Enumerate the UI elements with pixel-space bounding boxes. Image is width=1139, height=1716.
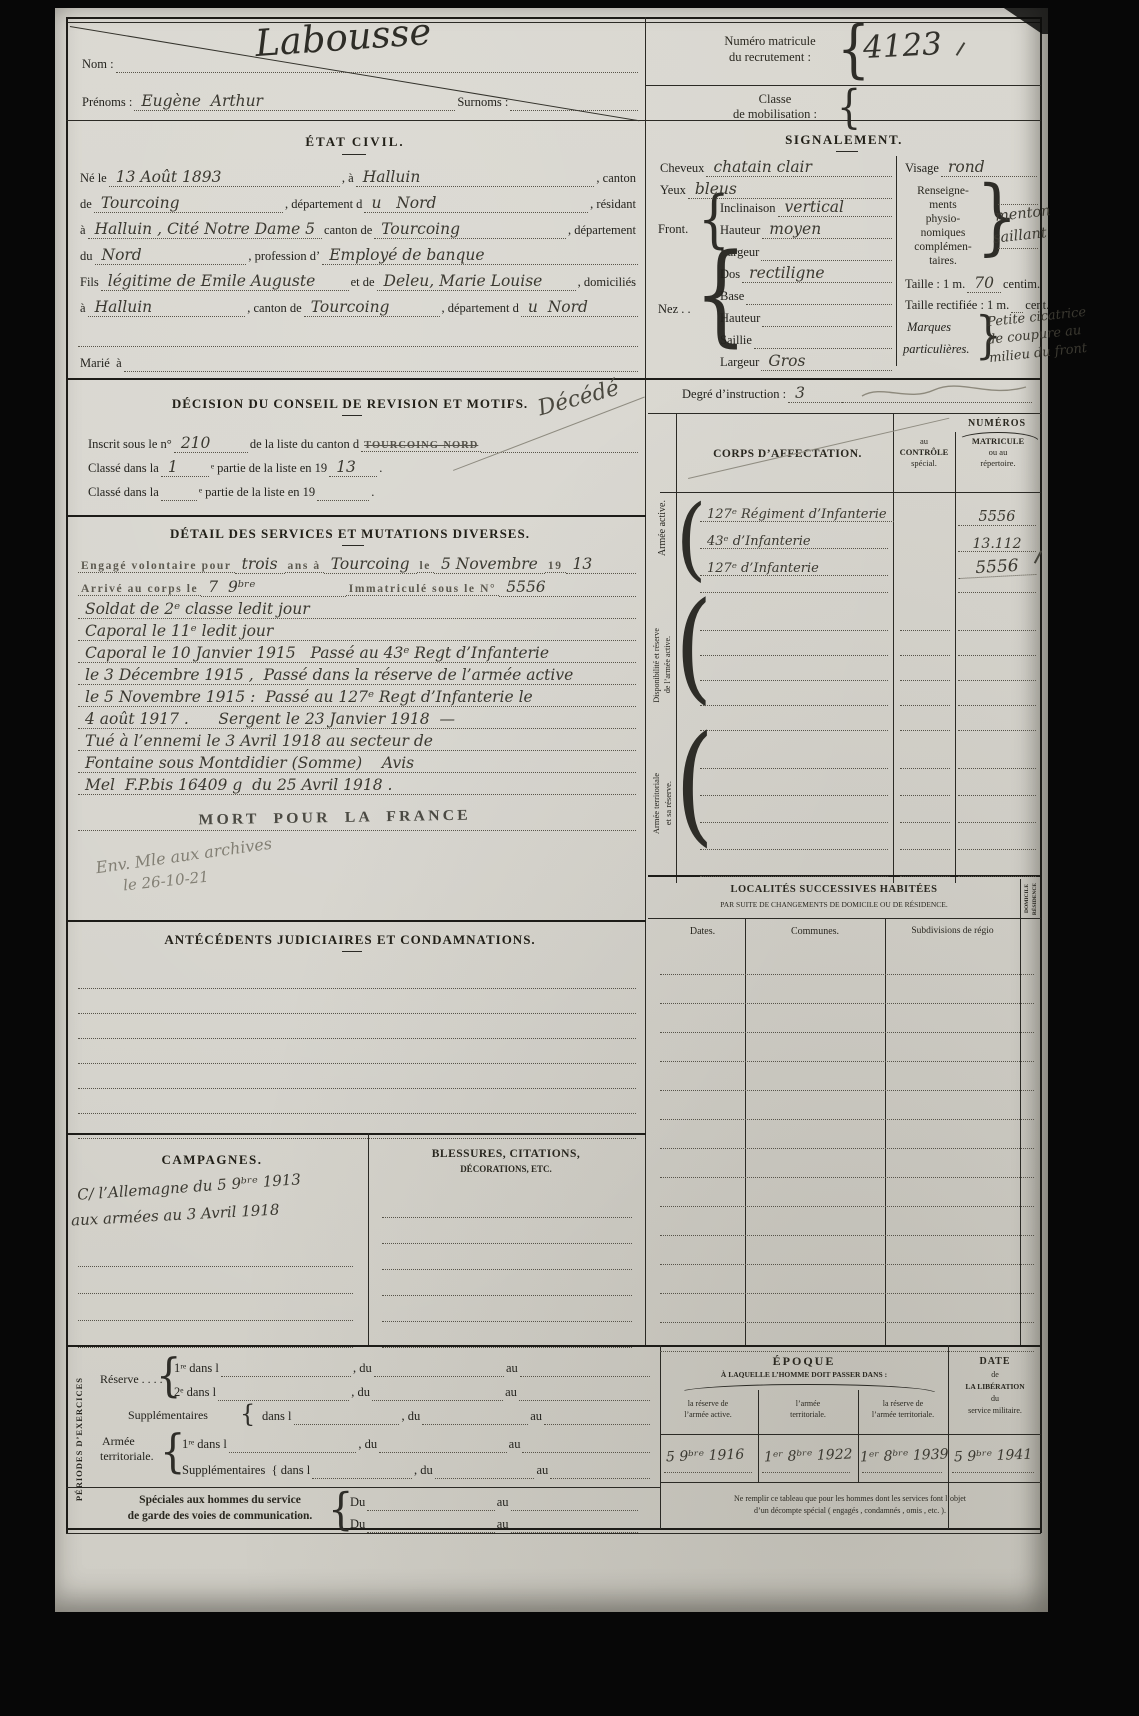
dotted-filler xyxy=(762,310,892,327)
table-line xyxy=(955,432,956,883)
empty-dotted-row xyxy=(900,769,950,796)
nez-hauteur: Hauteur xyxy=(718,310,892,327)
stamped-text: 19 xyxy=(545,560,566,573)
printed-label: à xyxy=(78,301,88,315)
matricule-header: MATRICULE ou au répertoire. xyxy=(957,436,1039,469)
printed-label: Base xyxy=(718,289,746,303)
title-dash xyxy=(342,951,362,952)
matricule-cell: 13.112 xyxy=(958,537,1036,552)
printed-label: au xyxy=(495,1517,511,1531)
epoque-note-1: Ne remplir ce tableau que pour les homme… xyxy=(664,1494,1036,1503)
empty-dotted-row xyxy=(958,656,1036,681)
dotted-filler xyxy=(519,1384,650,1401)
dotted-filler xyxy=(522,1436,650,1453)
rule xyxy=(648,918,1041,919)
stamped-text: Immatriculé sous le N° xyxy=(346,583,499,596)
service-line: Engagé volontaire pourtroisans àTourcoin… xyxy=(78,557,636,574)
empty-dotted-row xyxy=(78,1240,353,1267)
dotted-filler xyxy=(221,1360,351,1377)
localites-subtitle: PAR SUITE DE CHANGEMENTS DE DOMICILE OU … xyxy=(648,900,1020,909)
col-subdivisions: Subdivisions de régio xyxy=(885,926,1020,936)
service-line: Caporal le 11ᵉ ledit jour xyxy=(78,624,636,641)
printed-label: , département d xyxy=(283,197,364,211)
height-line: Taille : 1 m.70centim. xyxy=(903,276,1039,293)
rule xyxy=(66,378,1041,380)
service-line: Mel F.P.bis 16409 g du 25 Avril 1918 . xyxy=(78,778,636,795)
nez-base: Base xyxy=(718,288,892,305)
scanned-document-scene: Nom : Labousse Prénoms :Eugène ArthurSur… xyxy=(0,0,1139,1716)
dotted-filler xyxy=(511,1516,638,1533)
printed-label: au xyxy=(504,1361,520,1375)
printed-label: , du xyxy=(351,1361,374,1375)
printed-label: , du xyxy=(349,1385,372,1399)
group-label-disponibilite: Disponibilité et réserve de l’armée acti… xyxy=(647,600,677,730)
supplementaires-row: dans l , du au xyxy=(260,1408,650,1425)
empty-dotted-row xyxy=(700,742,888,769)
handwritten-value: Tourcoing xyxy=(304,300,440,317)
empty-dotted-row xyxy=(958,796,1036,823)
handwritten-value: Mel F.P.bis 16409 g du 25 Avril 1918 . xyxy=(78,778,636,795)
col-communes: Communes. xyxy=(745,926,885,937)
handwritten-value: rectiligne xyxy=(742,266,892,283)
printed-label: au xyxy=(503,1385,519,1399)
empty-rows xyxy=(900,606,950,731)
matricule-value: 13.112 xyxy=(958,537,1036,552)
campagnes-title: CAMPAGNES. xyxy=(117,1152,307,1168)
epoque-value-1: 5 9ᵇʳᵉ 1916 xyxy=(666,1447,745,1466)
nez-largeur: LargeurGros xyxy=(718,354,892,371)
handwritten-value: 13 xyxy=(566,557,636,574)
printed-label: , département d xyxy=(440,301,521,315)
stamped-text: Arrivé au corps le xyxy=(78,583,201,596)
printed-label: Du xyxy=(348,1495,367,1509)
printed-label: Classé dans la xyxy=(86,485,161,499)
decision-title: DÉCISION DU CONSEIL DE REVISION ET MOTIF… xyxy=(100,396,600,412)
hair-line: Cheveuxchatain clair xyxy=(658,160,892,177)
services-title: DÉTAIL DES SERVICES ET MUTATIONS DIVERSE… xyxy=(95,526,605,542)
empty-dotted-row xyxy=(900,823,950,850)
printed-label: , du xyxy=(356,1437,379,1451)
brace-icon: { xyxy=(240,1402,255,1426)
date-header-1: DATE xyxy=(952,1356,1038,1367)
territoriale-label-1: Armée xyxy=(102,1434,135,1449)
profession: Employé de banque xyxy=(322,248,638,265)
empty-dotted-row xyxy=(958,823,1036,850)
empty-dotted-row xyxy=(660,1062,1034,1091)
printed-label: Largeur xyxy=(718,355,761,369)
empty-rows xyxy=(958,742,1036,877)
empty-dotted-row xyxy=(660,1323,1034,1352)
parents-line: Filslégitime de Emile Augusteet deDeleu,… xyxy=(78,274,638,291)
hair-color: chatain clair xyxy=(706,160,892,177)
signalement-divider xyxy=(896,156,897,366)
birth-line: Né le13 Août 1893, àHalluin, canton xyxy=(78,170,638,187)
list-entry-line: Inscrit sous le n°210de la liste du cant… xyxy=(86,436,638,453)
empty-dotted-row xyxy=(660,1178,1034,1207)
corps-unit: 127ᵉ d’Infanterie xyxy=(700,562,888,576)
printed-label: ᵉ partie de la liste en 19 xyxy=(197,485,317,499)
nez-dos: Dosrectiligne xyxy=(718,266,892,283)
empty-dotted-row xyxy=(382,1322,632,1348)
marques-label-1: Marques xyxy=(907,320,951,335)
printed-label: de la liste du canton d xyxy=(248,437,361,451)
col-dates: Dates. xyxy=(660,926,745,937)
classe-label-1: Classe xyxy=(715,92,835,107)
speciales-label-2: de garde des voies de communication. xyxy=(95,1510,345,1522)
profession-line: duNord, profession d’Employé de banque xyxy=(78,248,638,265)
printed-label: à xyxy=(78,223,88,237)
dotted-filler xyxy=(958,592,1036,593)
birth-date: 13 Août 1893 xyxy=(109,170,340,187)
empty-rows xyxy=(900,742,950,877)
nez-label: Nez . . xyxy=(658,302,691,317)
empty-dotted-row xyxy=(700,681,888,706)
printed-label: . xyxy=(369,485,376,499)
dotted-filler xyxy=(952,1472,1034,1473)
dotted-filler xyxy=(544,1408,650,1425)
printed-label: . xyxy=(377,461,384,475)
printed-label: Dos xyxy=(718,267,742,281)
rule xyxy=(660,492,1041,493)
empty-dotted-row xyxy=(900,742,950,769)
rule xyxy=(66,120,1041,121)
printed-label: , du xyxy=(412,1463,435,1477)
father-name: légitime de Emile Auguste xyxy=(101,274,349,291)
handwritten-value: Halluin , Cité Notre Dame 5 xyxy=(88,222,322,239)
handwritten-value: Soldat de 2ᵉ classe ledit jour xyxy=(78,602,636,619)
printed-label: , domiciliés xyxy=(576,275,638,289)
corps-unit: 127ᵉ Régiment d’Infanterie xyxy=(700,508,894,522)
empty-dotted-row xyxy=(382,1296,632,1322)
printed-label: Saillie xyxy=(718,333,754,347)
empty-dotted-row xyxy=(700,796,888,823)
table-line xyxy=(893,413,894,883)
supplementaires-label: Supplémentaires xyxy=(128,1408,208,1423)
dotted-filler xyxy=(124,355,638,372)
printed-label: , résidant xyxy=(588,197,638,211)
blessures-title-1: BLESSURES, CITATIONS, xyxy=(381,1148,631,1160)
empty-dotted-row xyxy=(700,606,888,631)
epoque-col-3: la réserve del’armée territoriale. xyxy=(860,1398,946,1420)
corps-row: 127ᵉ d’Infanterie xyxy=(700,562,888,576)
bottom-divider xyxy=(660,1345,661,1529)
empty-line xyxy=(78,330,638,347)
stamped-text: le xyxy=(417,560,435,573)
antecedents-title: ANTÉCÉDENTS JUDICIAIRES ET CONDAMNATIONS… xyxy=(95,932,605,948)
renseignements-label: Renseigne- ments physio- nomiques complé… xyxy=(903,184,983,268)
brace-icon: { xyxy=(837,84,861,130)
campagnes-empty-rows xyxy=(78,1240,353,1348)
numeros-header: NUMÉROS xyxy=(953,418,1041,429)
dotted-filler xyxy=(746,288,892,305)
marques-label-2: particulières. xyxy=(903,342,970,357)
immatriculation-number: 5556 xyxy=(499,580,636,597)
empty-dotted-row xyxy=(382,1270,632,1296)
rule xyxy=(66,920,646,922)
printed-label: , canton de xyxy=(245,301,304,315)
matricule-cell: 5556 xyxy=(958,510,1036,526)
rule xyxy=(66,1487,660,1488)
title-dash xyxy=(342,154,366,155)
epoque-col-1: la réserve del’armée active. xyxy=(662,1398,754,1420)
periodes-side-label: PÉRIODES D’EXERCICES xyxy=(68,1352,90,1526)
canton-line: deTourcoing, département du Nord, résida… xyxy=(78,196,638,213)
dotted-filler xyxy=(116,56,638,73)
death-line: Tué à l’ennemi le 3 Avril 1918 au secteu… xyxy=(78,734,636,751)
service-line: 4 août 1917 . Sergent le 23 Janvier 1918… xyxy=(78,712,636,729)
dotted-filler xyxy=(379,1436,507,1453)
printed-label: Né le xyxy=(78,171,109,185)
date-header-2: de xyxy=(952,1370,1038,1379)
rule xyxy=(66,1533,1041,1534)
dotted-filler xyxy=(435,1462,535,1479)
printed-label: Fils xyxy=(78,275,101,289)
handwritten-value: le 3 Décembre 1915 , Passé dans la réser… xyxy=(78,668,636,685)
etat-civil-title: ÉTAT CIVIL. xyxy=(105,134,605,150)
handwritten-value: 5 Novembre xyxy=(434,557,545,574)
printed-label: au xyxy=(534,1463,550,1477)
service-line: le 5 Novembre 1915 : Passé au 127ᵉ Regt … xyxy=(78,690,636,707)
dotted-filler xyxy=(367,1516,494,1533)
empty-dotted-row xyxy=(700,769,888,796)
dotted-filler xyxy=(367,1494,494,1511)
death-record: Tué à l’ennemi le 3 Avril 1918 au secteu… xyxy=(78,734,636,751)
matricule-label-1: Numéro matricule xyxy=(695,34,845,49)
empty-dotted-row xyxy=(660,1294,1034,1323)
rule xyxy=(660,1482,1041,1483)
epoque-col-2: l’arméeterritoriale. xyxy=(762,1398,854,1420)
residence-line: àHalluin , Cité Notre Dame 5canton deTou… xyxy=(78,222,638,239)
empty-dotted-row xyxy=(660,975,1034,1004)
class-line-2: Classé dans la ᵉ partie de la liste en 1… xyxy=(86,484,426,501)
handwritten-value: Fontaine sous Montdidier (Somme) Avis xyxy=(78,756,636,773)
empty-dotted-row xyxy=(700,631,888,656)
printed-label: Prénoms : xyxy=(80,95,134,109)
empty-rows xyxy=(958,606,1036,731)
empty-dotted-row xyxy=(382,1192,632,1218)
dotted-filler xyxy=(294,1408,400,1425)
dotted-filler xyxy=(161,484,197,501)
empty-dotted-row xyxy=(660,1120,1034,1149)
dotted-filler xyxy=(374,1360,504,1377)
domicile-residence-label: DOMICILE RÉSIDENCE xyxy=(1021,879,1041,919)
empty-dotted-row xyxy=(78,1014,636,1039)
empty-dotted-row xyxy=(660,1091,1034,1120)
handwritten-value: 7 9ᵇʳᵉ xyxy=(201,580,346,597)
empty-dotted-row xyxy=(900,656,950,681)
firstnames-line: Prénoms :Eugène ArthurSurnoms : xyxy=(80,94,638,111)
front-inclinaison: Inclinaisonvertical xyxy=(718,200,892,217)
corps-unit: 43ᵉ d’Infanterie xyxy=(700,535,888,549)
classe-label-2: de mobilisation : xyxy=(715,107,835,122)
eyes-line: Yeuxbleus xyxy=(658,182,892,199)
printed-label: du xyxy=(78,249,95,263)
handwritten-value: Tourcoing xyxy=(374,222,566,239)
printed-label: , à xyxy=(340,171,356,185)
printed-label: et de xyxy=(349,275,377,289)
date-header-3: LA LIBÉRATION xyxy=(952,1382,1038,1391)
empty-rows xyxy=(700,606,888,731)
handwritten-value: 13 xyxy=(329,460,377,477)
controle-header: au CONTRÔLE spécial. xyxy=(895,436,953,469)
date-header-5: service militaire. xyxy=(952,1406,1038,1415)
empty-dotted-row xyxy=(78,989,636,1014)
dotted-filler xyxy=(754,332,892,349)
title-dash xyxy=(342,545,364,546)
dotted-filler xyxy=(998,248,1038,249)
printed-label: Cheveux xyxy=(658,161,706,175)
printed-label: Inclinaison xyxy=(718,201,778,215)
matricule-label-2: du recrutement : xyxy=(695,50,845,65)
matricule-number: 4123 xyxy=(862,26,943,66)
empty-dotted-row xyxy=(382,1218,632,1244)
handwritten-value: Halluin xyxy=(88,300,246,317)
handwritten-value: le 5 Novembre 1915 : Passé au 127ᵉ Regt … xyxy=(78,690,636,707)
dotted-filler xyxy=(422,1408,528,1425)
handwritten-value: Tourcoing xyxy=(324,557,417,574)
rule xyxy=(648,413,1041,414)
empty-dotted-row xyxy=(660,1207,1034,1236)
torn-corner-shadow xyxy=(985,8,1048,34)
service-line: Fontaine sous Montdidier (Somme) Avis xyxy=(78,756,636,773)
rule xyxy=(1040,17,1042,1533)
empty-dotted-row xyxy=(660,1033,1034,1062)
printed-label: de xyxy=(78,197,94,211)
epoque-note-2: d’un décompte spécial ( engagés , condam… xyxy=(664,1506,1036,1515)
handwritten-value: Gros xyxy=(761,354,892,371)
empty-dotted-row xyxy=(660,1236,1034,1265)
dotted-filler xyxy=(550,1462,650,1479)
dotted-filler xyxy=(762,1472,850,1473)
handwritten-value: 4 août 1917 . Sergent le 23 Janvier 1918… xyxy=(78,712,636,729)
printed-label: canton de xyxy=(322,223,374,237)
blessures-empty-rows xyxy=(382,1192,632,1348)
printed-label: au xyxy=(528,1409,544,1423)
empty-dotted-row xyxy=(78,1267,353,1294)
printed-label: ᵉ partie de la liste en 19 xyxy=(209,461,329,475)
nez-saillie: Saillie xyxy=(718,332,892,349)
empty-dotted-row xyxy=(958,706,1036,731)
name-line: Nom : xyxy=(80,56,638,73)
reserve-row-2: 2ᵉ dans l , du au xyxy=(172,1384,650,1401)
empty-dotted-row xyxy=(78,1321,353,1348)
printed-label: centim. xyxy=(1001,277,1042,291)
handwritten-value: Caporal le 11ᵉ ledit jour xyxy=(78,624,636,641)
empty-dotted-row xyxy=(700,823,888,850)
empty-dotted-row xyxy=(900,706,950,731)
dotted-filler xyxy=(520,1360,650,1377)
matricule-value: 5556 xyxy=(958,557,1037,579)
stamped-text: Engagé volontaire pour xyxy=(78,560,235,573)
printed-label: Du xyxy=(348,1517,367,1531)
epoque-subtitle: À LAQUELLE L’HOMME DOIT PASSER DANS : xyxy=(684,1370,924,1379)
antecedents-empty-rows xyxy=(78,964,636,1139)
matricule-cell: 5556 xyxy=(958,559,1036,577)
localites-title: LOCALITÉS SUCCESSIVES HABITÉES xyxy=(648,884,1020,895)
empty-dotted-row xyxy=(958,681,1036,706)
canton-stamp: TOURCOING-NORD xyxy=(361,440,481,452)
campaign-entry-1: C/ l’Allemagne du 5 9ᵇʳᵉ 1913 xyxy=(77,1170,302,1204)
service-line: Soldat de 2ᵉ classe ledit jour xyxy=(78,602,636,619)
epoque-value-3: 1ᵉʳ 8ᵇʳᵉ 1939 xyxy=(860,1446,949,1465)
printed-label: au xyxy=(495,1495,511,1509)
printed-label: Hauteur xyxy=(718,311,762,325)
speciales-row-1: Du au xyxy=(348,1494,638,1511)
height-rectified-line: Taille rectifiée : 1 m. cent. xyxy=(903,298,1039,313)
empty-dotted-row xyxy=(700,656,888,681)
reserve-row-1: 1ʳᵉ dans l , du au xyxy=(172,1360,650,1377)
empty-dotted-row xyxy=(660,1004,1034,1033)
group-label-armee-active: Armée active. xyxy=(649,463,675,593)
printed-label: , département xyxy=(566,223,638,237)
birth-place: Halluin xyxy=(356,170,595,187)
empty-dotted-row xyxy=(660,946,1034,975)
printed-label: , profession d’ xyxy=(246,249,322,263)
printed-label: 2ᵉ dans l xyxy=(172,1385,218,1399)
brace-arc xyxy=(678,1384,936,1393)
stamped-text: ans à xyxy=(285,560,324,573)
territoriale-row-2: Supplémentaires { dans l , du au xyxy=(180,1462,650,1479)
title-dash xyxy=(342,415,362,416)
printed-label: 1ʳᵉ dans l xyxy=(172,1361,221,1375)
service-line: Caporal le 10 Janvier 1915 Passé au 43ᵉ … xyxy=(78,646,636,663)
speciales-label-1: Spéciales aux hommes du service xyxy=(100,1494,340,1506)
empty-dotted-row xyxy=(900,681,950,706)
empty-dotted-row xyxy=(900,850,950,877)
printed-label: Nom : xyxy=(80,57,116,71)
register-sheet: Nom : Labousse Prénoms :Eugène ArthurSur… xyxy=(55,8,1048,1612)
empty-dotted-row xyxy=(78,964,636,989)
mort-pour-la-france-stamp: MORT POUR LA FRANCE xyxy=(198,808,471,830)
printed-label: Taille : 1 m. xyxy=(903,277,967,291)
marriage-line: Marié à xyxy=(78,355,638,372)
dotted-filler xyxy=(511,1494,638,1511)
printed-label: dans l xyxy=(260,1409,294,1423)
rule xyxy=(66,515,646,517)
empty-dotted-row xyxy=(958,742,1036,769)
title-dash xyxy=(836,151,858,152)
printed-label: , du xyxy=(399,1409,422,1423)
epoque-title: ÉPOQUE xyxy=(739,1354,869,1369)
printed-label: Inscrit sous le n° xyxy=(86,437,174,451)
engagement-duration: trois xyxy=(235,557,285,574)
campagnes-divider xyxy=(368,1133,369,1345)
campaign-entry-2: aux armées au 3 Avril 1918 xyxy=(71,1201,280,1230)
dotted-filler xyxy=(312,1462,412,1479)
printed-label: Marié à xyxy=(78,356,124,370)
reserve-label: Réserve . . . . xyxy=(100,1372,163,1387)
empty-dotted-row xyxy=(700,706,888,731)
empty-dotted-row xyxy=(958,631,1036,656)
dotted-filler xyxy=(218,1384,349,1401)
printed-label: , canton xyxy=(594,171,638,185)
empty-dotted-row xyxy=(900,631,950,656)
date-header-4: du xyxy=(952,1394,1038,1403)
dotted-filler xyxy=(664,1472,752,1473)
first-names: Eugène Arthur xyxy=(134,94,455,111)
handwritten-value: Tourcoing xyxy=(94,196,283,213)
speciales-row-2: Du au xyxy=(348,1516,638,1533)
class-line-1: Classé dans la1ᵉ partie de la liste en 1… xyxy=(86,460,426,477)
service-line: le 3 Décembre 1915 , Passé dans la réser… xyxy=(78,668,636,685)
dotted-filler xyxy=(761,244,892,261)
empty-dotted-row xyxy=(78,1114,636,1139)
matricule-value: 5556 xyxy=(958,510,1036,526)
printed-label: Yeux xyxy=(658,183,688,197)
epoque-value-2: 1ᵉʳ 8ᵇʳᵉ 1922 xyxy=(764,1446,853,1465)
signalement-title: SIGNALEMENT. xyxy=(648,132,1040,148)
printed-label: au xyxy=(507,1437,523,1451)
